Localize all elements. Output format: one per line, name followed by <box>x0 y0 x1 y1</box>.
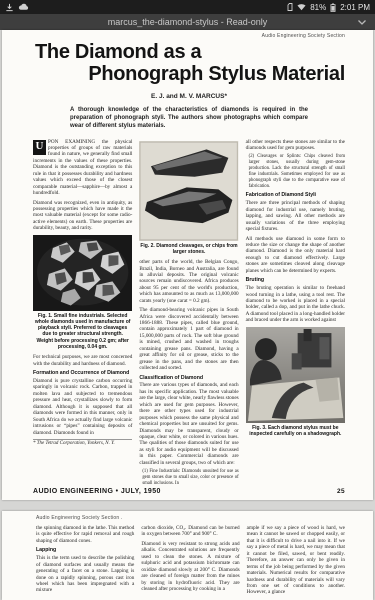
paragraph: The diamond-bearing volcanic pipes in So… <box>139 307 238 371</box>
article-title-line1: The Diamond as a <box>33 42 345 64</box>
article-title: The Diamond as a Phonograph Stylus Mater… <box>33 42 345 85</box>
abstract: A thorough knowledge of the characterist… <box>70 107 308 130</box>
document-title: marcus_the-diamond-stylus - Read-only <box>108 17 268 27</box>
fig2-photo <box>139 141 238 241</box>
paragraph: UPON EXAMINING the physical properties o… <box>33 139 132 197</box>
fig3-photo <box>246 327 345 423</box>
column-3: all other respects these stones are simi… <box>246 139 345 490</box>
column-3: ample if we say a piece of wood is hard,… <box>247 525 345 599</box>
battery-percent: 81% <box>310 3 326 12</box>
drop-cap: U <box>33 140 46 155</box>
section-heading: Lapping <box>36 547 134 553</box>
running-head: Audio Engineering Society Section . <box>36 515 345 521</box>
classified-list-item: (1) Fine Industrials: Diamonds unsuited … <box>139 469 238 486</box>
article-title-line2: Phonograph Stylus Material <box>33 64 345 86</box>
paragraph: all other respects these stones are simi… <box>246 139 345 152</box>
journal-footer: AUDIO ENGINEERING • JULY, 1950 <box>33 488 161 495</box>
paragraph: carbon dioxide, CO₂. Diamond can be burn… <box>141 525 239 538</box>
three-column-body: the spinning diamond in the lathe. This … <box>36 525 345 599</box>
document-scroll-area[interactable]: Audio Engineering Society Section The Di… <box>0 30 375 600</box>
byline: E. J. and M. V. MARCUS* <box>33 93 345 100</box>
classified-list-item: (2) Cleavages or Splints: Chips cleaved … <box>246 154 345 189</box>
section-heading: Classification of Diamond <box>139 375 238 381</box>
chevron-down-icon[interactable] <box>357 18 367 28</box>
page-number: 25 <box>337 488 345 495</box>
paragraph: the spinning diamond in the lathe. This … <box>36 525 134 544</box>
three-column-body: UPON EXAMINING the physical properties o… <box>33 139 345 490</box>
paragraph: other parts of the world, the Belgian Co… <box>139 259 238 304</box>
download-icon <box>5 3 14 12</box>
paragraph: Diamond is pure crystalline carbon occur… <box>33 378 132 436</box>
paragraph: This is the term used to describe the po… <box>36 555 134 594</box>
section-heading: Formation and Occurrence of Diamond <box>33 370 132 376</box>
section-heading: Bruting <box>246 277 345 283</box>
document-page-1: Audio Engineering Society Section The Di… <box>2 30 373 500</box>
battery-icon <box>330 3 336 12</box>
column-1: the spinning diamond in the lathe. This … <box>36 525 134 599</box>
phone-screen: 81% 2:01 PM marcus_the-diamond-stylus - … <box>0 0 375 600</box>
paragraph: There are three principal methods of sha… <box>246 200 345 232</box>
paragraph: Diamond was recognized, even in antiquit… <box>33 200 132 232</box>
fig3-caption: Fig. 3. Each diamond stylus must be insp… <box>247 425 344 438</box>
paragraph: Diamond is very resistant to strong acid… <box>141 541 239 593</box>
page-gap <box>0 500 375 511</box>
sim-icon <box>287 3 293 11</box>
status-bar: 81% 2:01 PM <box>0 0 375 14</box>
column-2: Fig. 2. Diamond cleavages, or chips from… <box>139 139 238 490</box>
column-2: carbon dioxide, CO₂. Diamond can be burn… <box>141 525 239 599</box>
paragraph: ample if we say a piece of wood is hard,… <box>247 525 345 596</box>
page-footer: AUDIO ENGINEERING • JULY, 1950 25 <box>33 488 345 495</box>
running-head: Audio Engineering Society Section <box>33 33 345 39</box>
fig1-caption: Fig. 1. Small fine industrials. Selected… <box>34 313 131 351</box>
fig2-caption: Fig. 2. Diamond cleavages, or chips from… <box>140 243 237 256</box>
paragraph: All methods use diamond in some form to … <box>246 236 345 275</box>
app-title-bar: marcus_the-diamond-stylus - Read-only <box>0 14 375 30</box>
column-1: UPON EXAMINING the physical properties o… <box>33 139 132 490</box>
footnote: * The Tetrad Corporation, Yonkers, N. Y. <box>33 439 132 448</box>
paragraph: For technical purposes, we are most conc… <box>33 354 132 367</box>
clock: 2:01 PM <box>340 3 370 12</box>
cloud-icon <box>18 3 29 11</box>
section-heading: Fabrication of Diamond Styli <box>246 192 345 198</box>
fig1-photo <box>33 235 132 311</box>
paragraph: There are various types of diamonds, and… <box>139 382 238 466</box>
paragraph: The bruting operation is similar to free… <box>246 285 345 324</box>
wifi-icon <box>297 3 306 11</box>
document-page-2: Audio Engineering Society Section . the … <box>2 511 373 600</box>
